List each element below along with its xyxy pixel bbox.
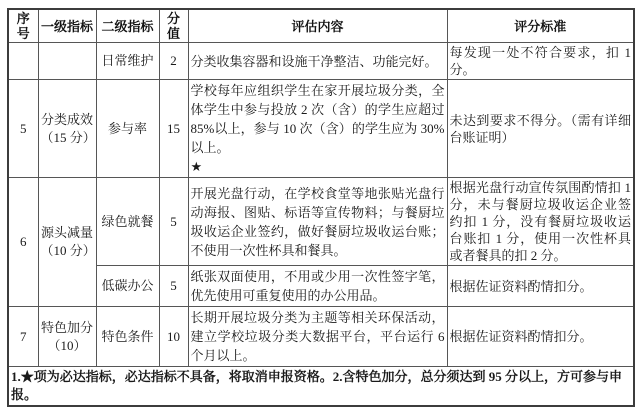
column-header-level2: 二级指标 [96, 9, 159, 43]
table-row-special-bonus: 7 特色加分（10） 特色条件 10 长期开展垃圾分类为主题等相关环保活动，建立… [8, 307, 634, 367]
cell-serial: 5 [8, 80, 38, 178]
cell-score: 2 [159, 43, 188, 80]
table-row-daily-maintenance: 日常维护 2 分类收集容器和设施干净整洁、功能完好。 每发现一处不符合要求，扣 … [8, 43, 634, 80]
cell-level1: 特色加分（10） [38, 307, 96, 367]
cell-level2: 参与率 [96, 80, 159, 178]
cell-score: 5 [159, 266, 188, 307]
table-footnote: 1.★项为必达指标，必达指标不具备，将取消申报资格。2.含特色加分，总分须达到 … [8, 367, 634, 407]
column-header-content: 评估内容 [188, 9, 447, 43]
footnote-row: 1.★项为必达指标，必达指标不具备，将取消申报资格。2.含特色加分，总分须达到 … [8, 367, 634, 407]
cell-content: 学校每年应组织学生在家开展垃圾分类，全体学生中参与投放 2 次（含）的学生应超过… [188, 80, 447, 178]
table-row-participation-rate: 5 分类成效（15 分） 参与率 15 学校每年应组织学生在家开展垃圾分类，全体… [8, 80, 634, 178]
document-page: 序号 一级指标 二级指标 分值 评估内容 评分标准 日常维护 2 分类收集容器和… [0, 0, 640, 368]
cell-standard: 根据光盘行动宣传氛围酌情扣 1 分，未与餐厨垃圾收运企业签约扣 1 分，没有餐厨… [447, 178, 634, 266]
cell-score: 5 [159, 178, 188, 266]
evaluation-table: 序号 一级指标 二级指标 分值 评估内容 评分标准 日常维护 2 分类收集容器和… [7, 8, 635, 407]
cell-level2: 绿色就餐 [96, 178, 159, 266]
cell-content: 纸张双面使用，不用或少用一次性签字笔，优先使用可重复使用的办公用品。 [188, 266, 447, 307]
cell-level2: 低碳办公 [96, 266, 159, 307]
cell-score: 15 [159, 80, 188, 178]
cell-standard: 未达到要求不得分。（需有详细台账证明） [447, 80, 634, 178]
cell-level1 [38, 43, 96, 80]
cell-content: 开展光盘行动，在学校食堂等地张贴光盘行动海报、图贴、标语等宣传物料；与餐厨垃圾收… [188, 178, 447, 266]
cell-serial [8, 43, 38, 80]
cell-serial: 7 [8, 307, 38, 367]
cell-serial: 6 [8, 178, 38, 307]
cell-content: 长期开展垃圾分类为主题等相关环保活动，建立学校垃圾分类大数据平台，平台运行 6 … [188, 307, 447, 367]
cell-standard: 每发现一处不符合要求，扣 1 分。 [447, 43, 634, 80]
cell-level2: 特色条件 [96, 307, 159, 367]
cell-standard: 根据佐证资料酌情扣分。 [447, 307, 634, 367]
table-row-green-dining: 6 源头减量（10 分） 绿色就餐 5 开展光盘行动，在学校食堂等地张贴光盘行动… [8, 178, 634, 266]
column-header-standard: 评分标准 [447, 9, 634, 43]
cell-content: 分类收集容器和设施干净整洁、功能完好。 [188, 43, 447, 80]
cell-standard: 根据佐证资料酌情扣分。 [447, 266, 634, 307]
column-header-score: 分值 [159, 9, 188, 43]
cell-level1: 源头减量（10 分） [38, 178, 96, 307]
cell-level1: 分类成效（15 分） [38, 80, 96, 178]
column-header-level1: 一级指标 [38, 9, 96, 43]
header-row: 序号 一级指标 二级指标 分值 评估内容 评分标准 [8, 9, 634, 43]
cell-level2: 日常维护 [96, 43, 159, 80]
column-header-serial: 序号 [8, 9, 38, 43]
table-row-low-carbon-office: 低碳办公 5 纸张双面使用，不用或少用一次性签字笔，优先使用可重复使用的办公用品… [8, 266, 634, 307]
cell-score: 10 [159, 307, 188, 367]
